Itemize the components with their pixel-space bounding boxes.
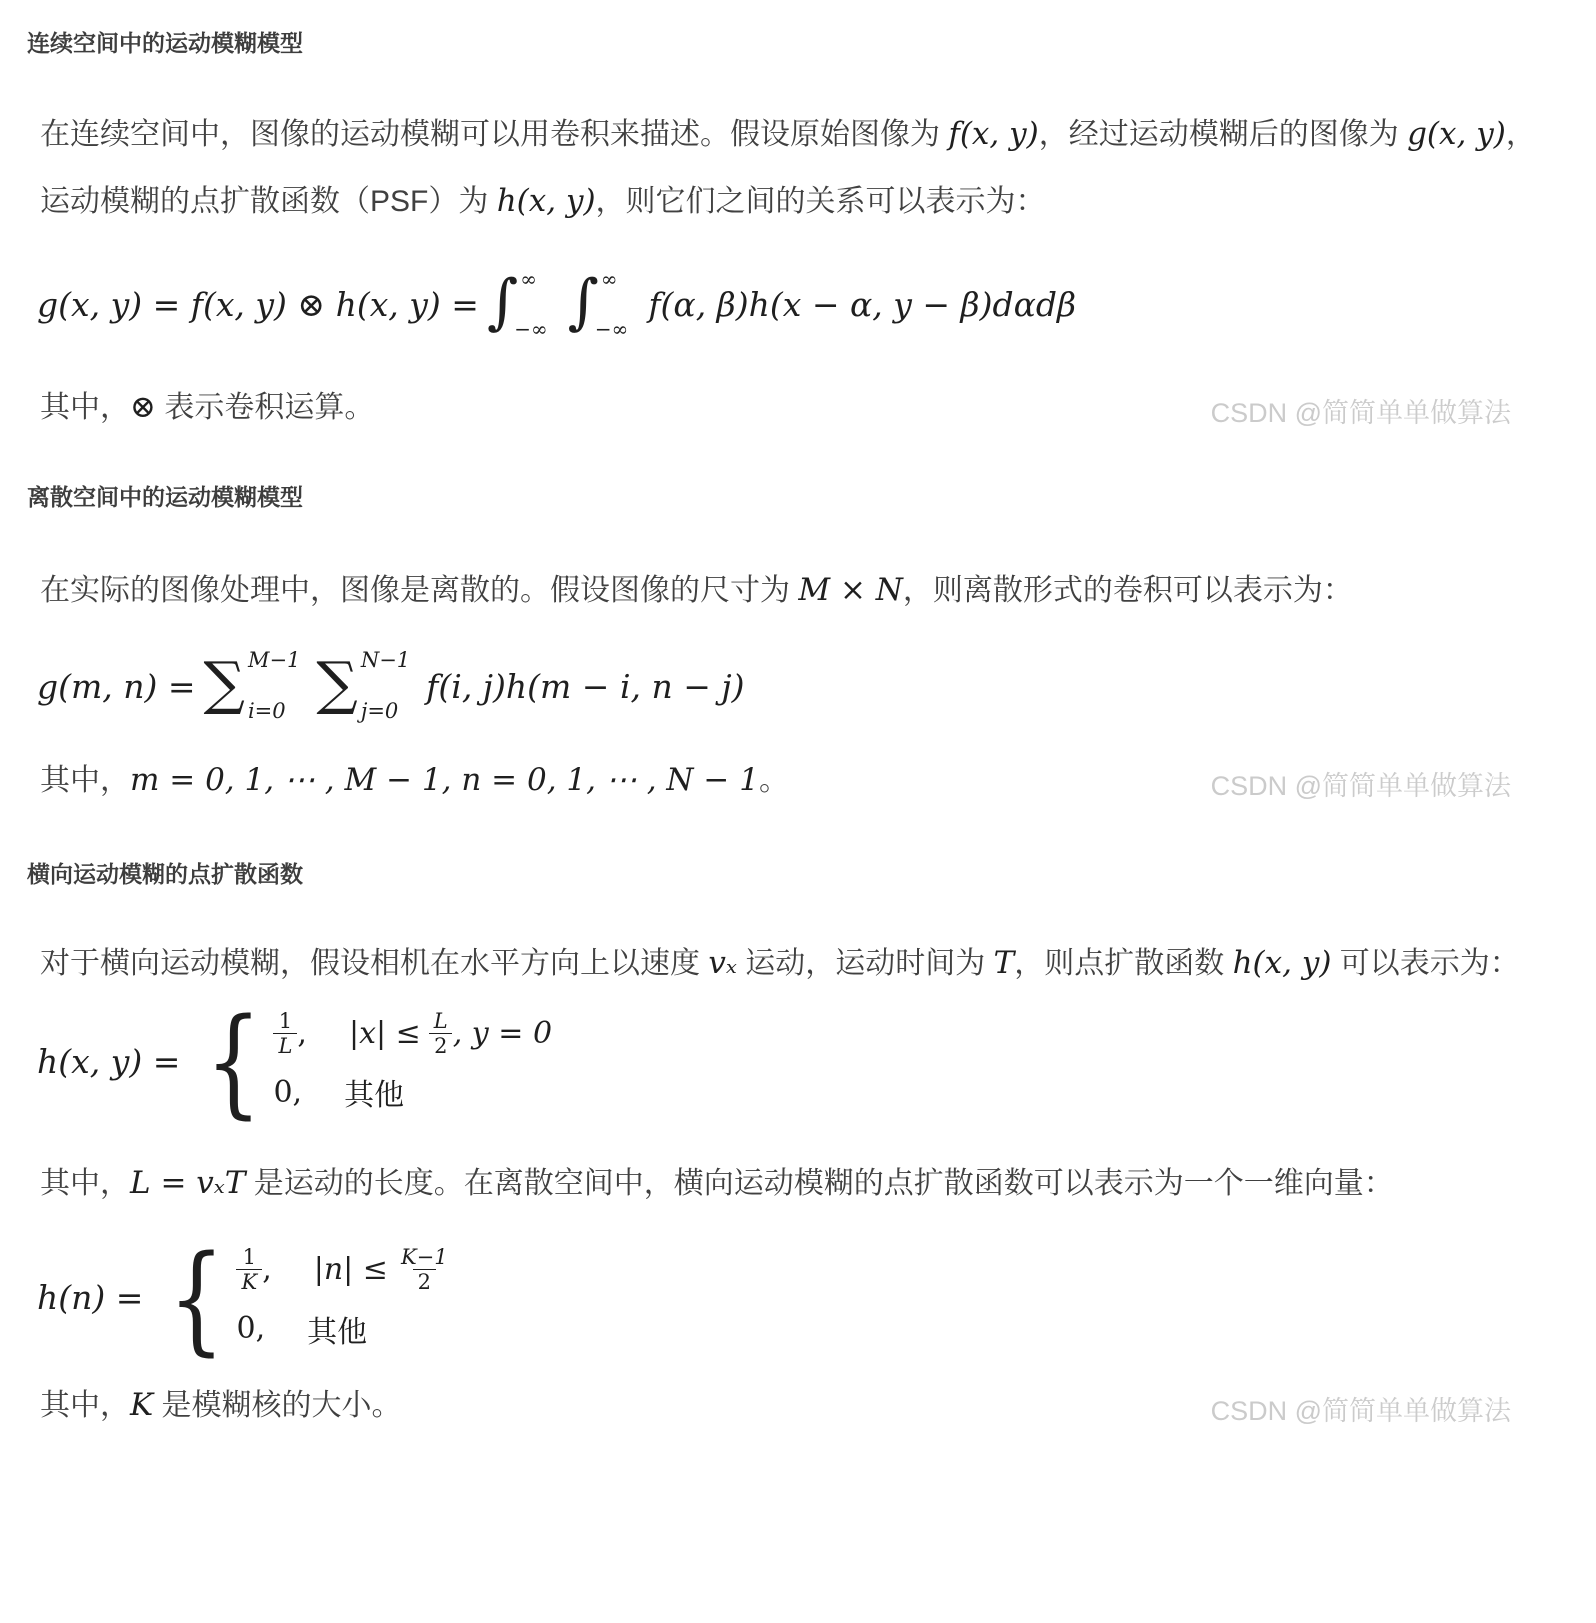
formula-lhs: h(n) = <box>37 1278 143 1317</box>
inline-text: ，则点扩散函数 <box>1014 947 1232 980</box>
cases-column: 1 L , |x| ≤ L 2 , y = 0 0, 其他 <box>273 1009 560 1114</box>
integral-operator: ∫ ∞ −∞ <box>487 269 558 339</box>
inline-text: 可以表示为： <box>1331 947 1519 980</box>
inline-text: 其中， <box>40 764 130 797</box>
note-kernel-size: 其中，K 是模糊核的大小。 <box>40 1383 402 1428</box>
sum-limits: M−1 i=0 <box>248 650 300 722</box>
formula-lhs: h(x, y) = <box>37 1042 180 1081</box>
inline-text: ，经过运动模糊后的图像为 <box>1039 118 1407 151</box>
inline-text: ，则离散形式的卷积可以表示为： <box>903 574 1353 607</box>
case-condition: |x| ≤ L 2 , y = 0 <box>349 1009 560 1058</box>
fraction-one-over-L: 1 L <box>273 1009 297 1058</box>
article-body: 连续空间中的运动模糊模型 在连续空间中，图像的运动模糊可以用卷积来描述。假设原始… <box>0 0 1596 1623</box>
case-condition-other: 其他 <box>344 1070 404 1114</box>
integral-upper-limit: ∞ <box>520 269 537 289</box>
case-row-zero: 0, 其他 <box>236 1307 452 1351</box>
heading-continuous-model: 连续空间中的运动模糊模型 <box>27 30 1536 57</box>
inline-text: 是运动的长度。在离散空间中，横向运动模糊的点扩散函数可以表示为一个一维向量： <box>245 1167 1393 1200</box>
formula-continuous-convolution: g(x, y) = f(x, y) ⊗ h(x, y) = ∫ ∞ −∞ ∫ ∞… <box>27 269 1536 339</box>
sum-icon: ∑ <box>204 654 245 712</box>
inline-text: 运动，运动时间为 <box>737 947 994 980</box>
inline-text: 表示卷积运算。 <box>156 391 374 424</box>
heading-discrete-model: 离散空间中的运动模糊模型 <box>27 484 1536 511</box>
sum-operator: ∑ M−1 i=0 <box>204 650 307 722</box>
paragraph-motion-length: 其中，L = vₓT 是运动的长度。在离散空间中，横向运动模糊的点扩散函数可以表… <box>27 1150 1536 1217</box>
inline-math: h(x, y) <box>497 183 596 219</box>
sum-lower-limit: i=0 <box>248 701 300 722</box>
heading-horizontal-psf: 横向运动模糊的点扩散函数 <box>27 861 1536 888</box>
comma: , <box>262 1252 272 1287</box>
inline-text: 在连续空间中，图像的运动模糊可以用卷积来描述。假设原始图像为 <box>40 118 948 151</box>
note-row: 其中，m = 0, 1, ⋯ , M − 1, n = 0, 1, ⋯ , N … <box>27 758 1536 803</box>
inline-math: g(x, y) <box>1407 116 1506 152</box>
integral-limits: ∞ −∞ <box>601 269 634 339</box>
cases-column: 1 K , |n| ≤ K−1 2 0, 其他 <box>236 1245 452 1350</box>
csdn-watermark: CSDN @简简单单做算法 <box>1211 1389 1511 1428</box>
csdn-watermark: CSDN @简简单单做算法 <box>1211 391 1511 430</box>
integral-lower-limit: −∞ <box>514 319 547 339</box>
inline-text: 其中， <box>40 391 130 424</box>
integral-operator: ∫ ∞ −∞ <box>568 269 639 339</box>
inline-text: 其中， <box>40 1167 130 1200</box>
sum-upper-limit: M−1 <box>248 650 300 671</box>
inline-math: K <box>130 1387 153 1423</box>
paragraph-discrete-intro: 在实际的图像处理中，图像是离散的。假设图像的尺寸为 M × N，则离散形式的卷积… <box>27 557 1536 624</box>
inline-text: 在实际的图像处理中，图像是离散的。假设图像的尺寸为 <box>40 574 798 607</box>
fraction-K-minus-1-over-2: K−1 2 <box>396 1245 453 1294</box>
note-convolution-symbol: 其中，⊗ 表示卷积运算。 <box>40 385 374 430</box>
inline-math: vₓ <box>708 945 737 981</box>
inline-math: L = vₓT <box>130 1165 245 1201</box>
formula-lhs: g(m, n) = <box>37 667 196 706</box>
integral-upper-limit: ∞ <box>601 269 618 289</box>
sum-operator: ∑ N−1 j=0 <box>316 650 416 722</box>
inline-math: m = 0, 1, ⋯ , M − 1, n = 0, 1, ⋯ , N − 1 <box>130 762 759 798</box>
inline-text: 对于横向运动模糊，假设相机在水平方向上以速度 <box>40 947 708 980</box>
inline-math: h(x, y) <box>1233 945 1332 981</box>
case-row-nonzero: 1 K , |n| ≤ K−1 2 <box>236 1245 452 1294</box>
inline-text: ，则它们之间的关系可以表示为： <box>596 185 1046 218</box>
left-brace-icon: { <box>169 1248 225 1348</box>
sum-limits: N−1 j=0 <box>361 650 410 722</box>
formula-psf-continuous-cases: h(x, y) = { 1 L , |x| ≤ L 2 , y = 0 <box>27 1009 1536 1114</box>
case-row-zero: 0, 其他 <box>273 1070 560 1114</box>
integral-lower-limit: −∞ <box>595 319 628 339</box>
fraction-one-over-K: 1 K <box>236 1245 262 1294</box>
inline-text: 。 <box>759 764 789 797</box>
case-condition: |n| ≤ K−1 2 <box>314 1245 453 1294</box>
case-condition-other: 其他 <box>307 1307 367 1351</box>
formula-discrete-convolution: g(m, n) = ∑ M−1 i=0 ∑ N−1 j=0 f(i, j)h(m… <box>27 650 1536 722</box>
csdn-watermark: CSDN @简简单单做算法 <box>1211 764 1511 803</box>
note-row: 其中，⊗ 表示卷积运算。 CSDN @简简单单做算法 <box>27 385 1536 430</box>
formula-lhs: g(x, y) = f(x, y) ⊗ h(x, y) = <box>37 285 479 324</box>
paragraph-horizontal-intro: 对于横向运动模糊，假设相机在水平方向上以速度 vₓ 运动，运动时间为 T，则点扩… <box>27 930 1536 997</box>
inline-math: ⊗ <box>130 389 156 425</box>
integral-limits: ∞ −∞ <box>520 269 553 339</box>
inline-math: M × N <box>798 572 903 608</box>
sum-upper-limit: N−1 <box>361 650 410 671</box>
inline-math: T <box>994 945 1015 981</box>
comma: , <box>297 1016 307 1051</box>
left-brace-icon: { <box>206 1011 262 1111</box>
formula-body: f(i, j)h(m − i, n − j) <box>426 667 744 706</box>
inline-text: 是模糊核的大小。 <box>153 1389 401 1422</box>
paragraph-continuous-intro: 在连续空间中，图像的运动模糊可以用卷积来描述。假设原始图像为 f(x, y)，经… <box>27 101 1536 235</box>
fraction-L-over-2: L 2 <box>429 1009 453 1058</box>
sum-icon: ∑ <box>316 654 357 712</box>
note-row: 其中，K 是模糊核的大小。 CSDN @简简单单做算法 <box>27 1383 1536 1428</box>
note-index-ranges: 其中，m = 0, 1, ⋯ , M − 1, n = 0, 1, ⋯ , N … <box>40 758 789 803</box>
case-row-nonzero: 1 L , |x| ≤ L 2 , y = 0 <box>273 1009 560 1058</box>
sum-lower-limit: j=0 <box>361 701 410 722</box>
formula-psf-discrete-cases: h(n) = { 1 K , |n| ≤ K−1 2 0, 其他 <box>27 1245 1536 1350</box>
inline-text: 其中， <box>40 1389 130 1422</box>
inline-math: f(x, y) <box>948 116 1038 152</box>
formula-integrand: f(α, β)h(x − α, y − β)dαdβ <box>648 285 1076 324</box>
